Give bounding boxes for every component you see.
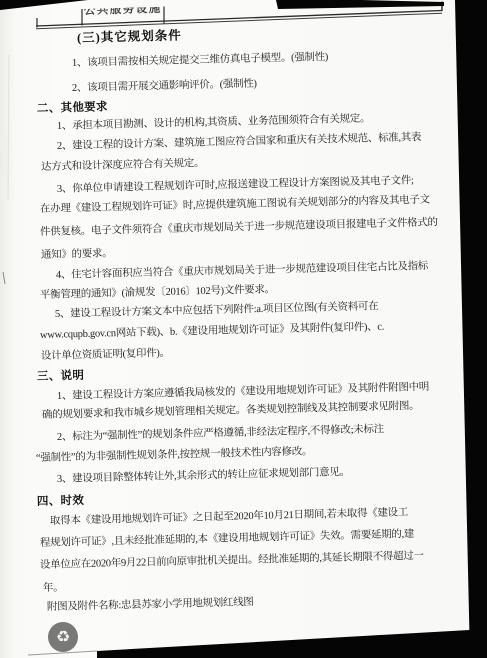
doc-line: 年。 <box>43 582 64 595</box>
table-cell-fragment: 公共服务设施 <box>84 7 166 23</box>
section-heading: 四、时效 <box>37 495 85 509</box>
scanned-document-page: 公共服务设施 (三)其它规划条件 1、该项目需按相关规定提交三维仿真电子模型。(… <box>0 0 487 658</box>
table-cell-text: 公共服务设施 <box>84 7 166 18</box>
section-heading: (三)其它规划条件 <box>77 29 182 45</box>
section-heading: 二、其他要求 <box>37 101 108 116</box>
doc-line: 通知》的要求。 <box>41 247 113 262</box>
section-heading: 三、说明 <box>37 370 85 384</box>
scan-watermark-icon: ♻ <box>48 622 78 652</box>
